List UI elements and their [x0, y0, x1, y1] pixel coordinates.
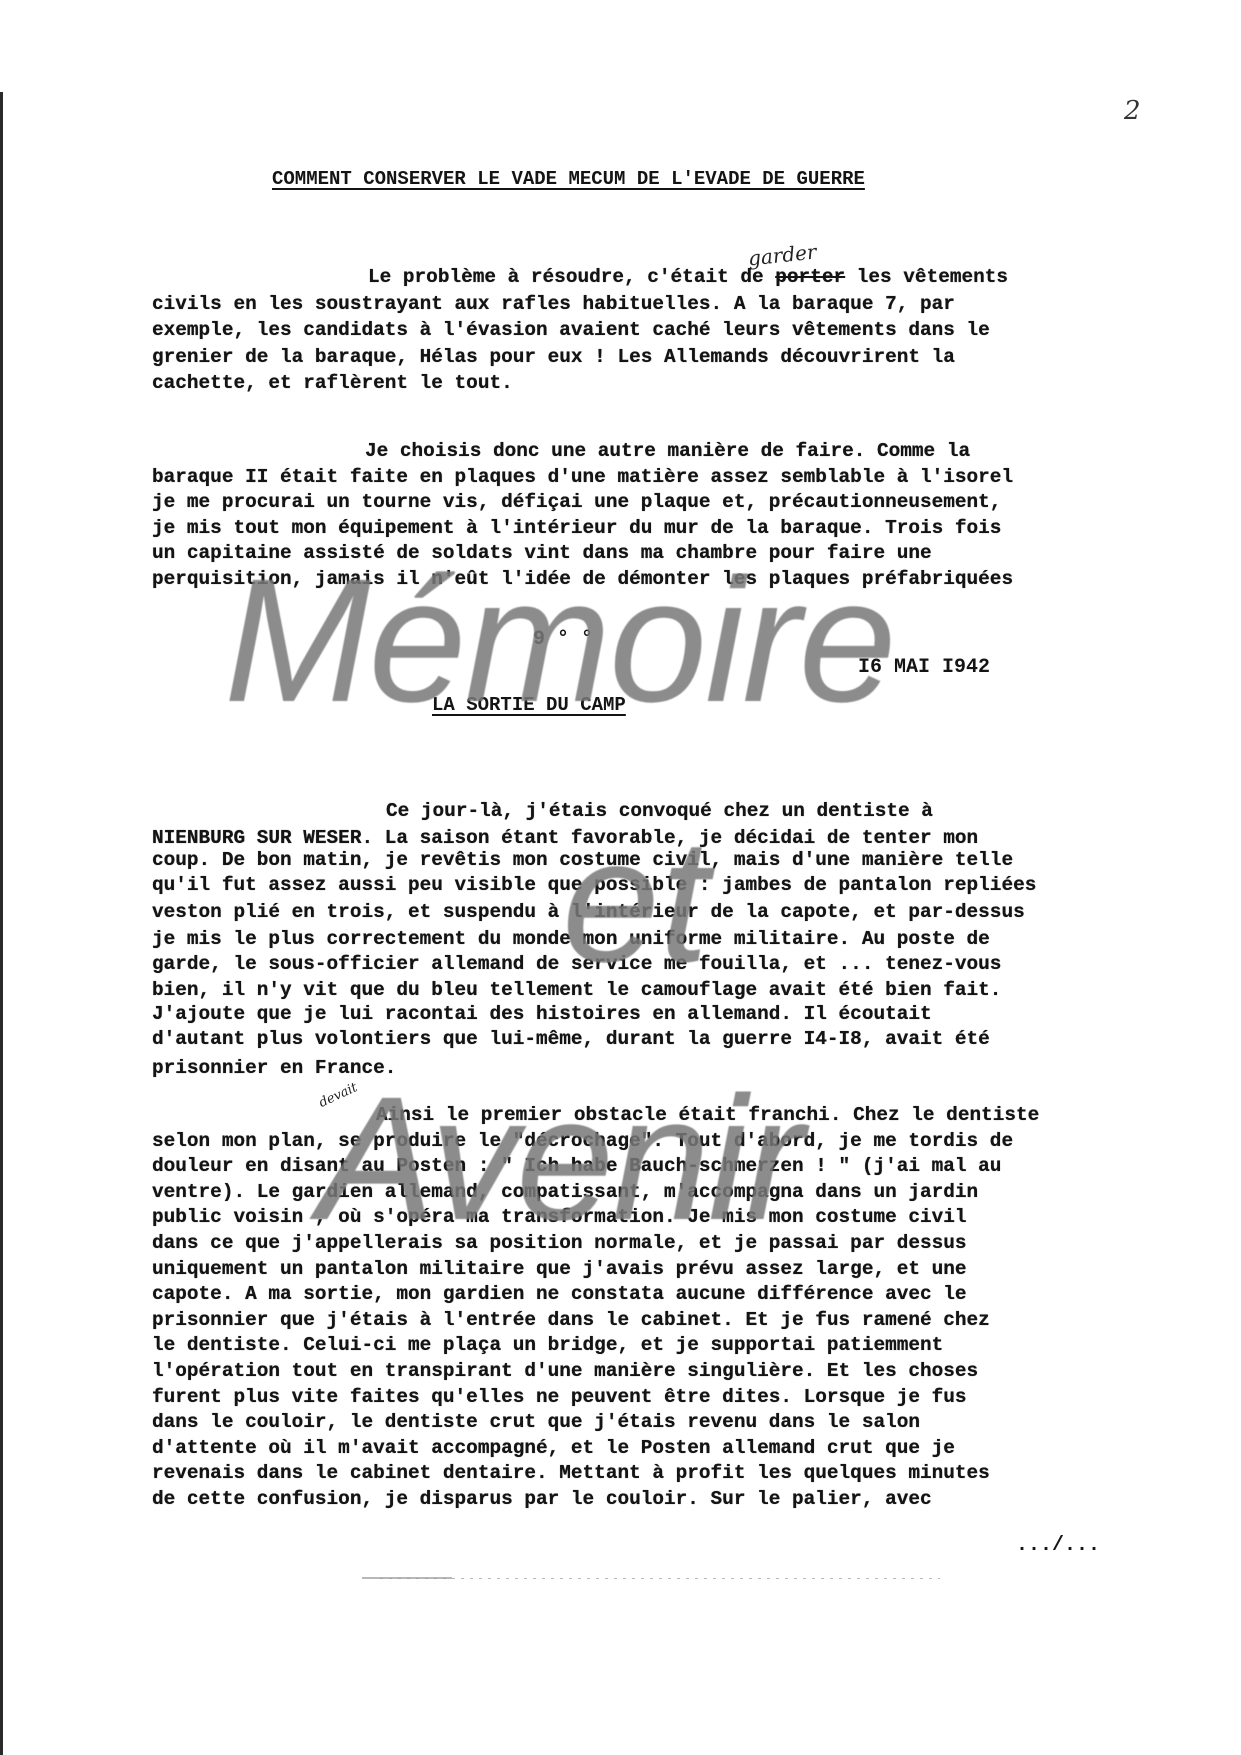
text-line: coup. De bon matin, je revêtis mon costu… — [152, 851, 1013, 870]
text-line: J'ajoute que je lui racontai des histoir… — [152, 1005, 932, 1024]
text-line: je me procurai un tourne vis, défiçai un… — [152, 493, 1001, 512]
document-title: COMMENT CONSERVER LE VADE MECUM DE L'EVA… — [272, 168, 865, 190]
typed-marks: 9 ° ° — [533, 628, 593, 651]
text-line: dans le couloir, le dentiste crut que j'… — [152, 1413, 920, 1432]
text-line: exemple, les candidats à l'évasion avaie… — [152, 321, 990, 340]
text-line: Ce jour-là, j'étais convoqué chez un den… — [386, 802, 933, 821]
scan-artifact-line — [380, 1578, 940, 1579]
text-line: cachette, et raflèrent le tout. — [152, 374, 513, 393]
text-line: d'autant plus volontiers que lui-même, d… — [152, 1030, 990, 1049]
text-line: Je choisis donc une autre manière de fai… — [365, 442, 970, 461]
text-line: veston plié en trois, et suspendu à l'in… — [152, 903, 1025, 922]
text-line: perquisition, jamais il n'eût l'idée de … — [152, 570, 1013, 589]
handwritten-insert: devait — [317, 1080, 360, 1111]
text-line: un capitaine assisté de soldats vint dan… — [152, 544, 932, 563]
text-line: qu'il fut assez aussi peu visible que po… — [152, 876, 1036, 895]
text-line: garde, le sous-officier allemand de serv… — [152, 955, 1001, 974]
text-line: Ainsi le premier obstacle était franchi.… — [376, 1106, 1039, 1125]
text-line: bien, il n'y vit que du bleu tellement l… — [152, 981, 1001, 1000]
text-line: je mis tout mon équipement à l'intérieur… — [152, 519, 1001, 538]
text-line: de cette confusion, je disparus par le c… — [152, 1490, 932, 1509]
text-line: civils en les soustrayant aux rafles hab… — [152, 295, 955, 314]
text-line: uniquement un pantalon militaire que j'a… — [152, 1260, 967, 1279]
text-line: NIENBURG SUR WESER. La saison étant favo… — [152, 829, 978, 848]
text-line: Le problème à résoudre, c'était de porte… — [368, 268, 1008, 287]
scan-edge-line — [0, 92, 3, 1755]
text-line: selon mon plan, se produire le "décrocha… — [152, 1132, 1013, 1151]
text-line: capote. A ma sortie, mon gardien ne cons… — [152, 1285, 967, 1304]
text-line: dans ce que j'appellerais sa position no… — [152, 1234, 967, 1253]
text-line: l'opération tout en transpirant d'une ma… — [152, 1362, 978, 1381]
document-page: 2 COMMENT CONSERVER LE VADE MECUM DE L'E… — [0, 0, 1241, 1755]
text-line: prisonnier que j'étais à l'entrée dans l… — [152, 1311, 990, 1330]
text-line: prisonnier en France. — [152, 1059, 396, 1078]
text-line: baraque II était faite en plaques d'une … — [152, 468, 1013, 487]
section-date: I6 MAI I942 — [858, 656, 990, 679]
page-number: 2 — [1124, 96, 1141, 126]
text-line: je mis le plus correctement du monde mon… — [152, 930, 990, 949]
text-line: le dentiste. Celui-ci me plaça un bridge… — [152, 1336, 943, 1355]
continuation-mark: .../... — [1016, 1534, 1100, 1557]
struck-word: porter — [775, 266, 845, 288]
text-line: douleur en disant au Posten : " Ich habe… — [152, 1157, 1001, 1176]
text-line: public voisin , où s'opéra ma transforma… — [152, 1208, 967, 1227]
text-line: grenier de la baraque, Hélas pour eux ! … — [152, 348, 955, 367]
text-line: revenais dans le cabinet dentaire. Metta… — [152, 1464, 990, 1483]
text-line: furent plus vite faites qu'elles ne peuv… — [152, 1388, 967, 1407]
text-line: d'attente où il m'avait accompagné, et l… — [152, 1439, 955, 1458]
section-title: LA SORTIE DU CAMP — [432, 694, 626, 716]
text-line: ventre). Le gardien allemand, compatissa… — [152, 1183, 978, 1202]
